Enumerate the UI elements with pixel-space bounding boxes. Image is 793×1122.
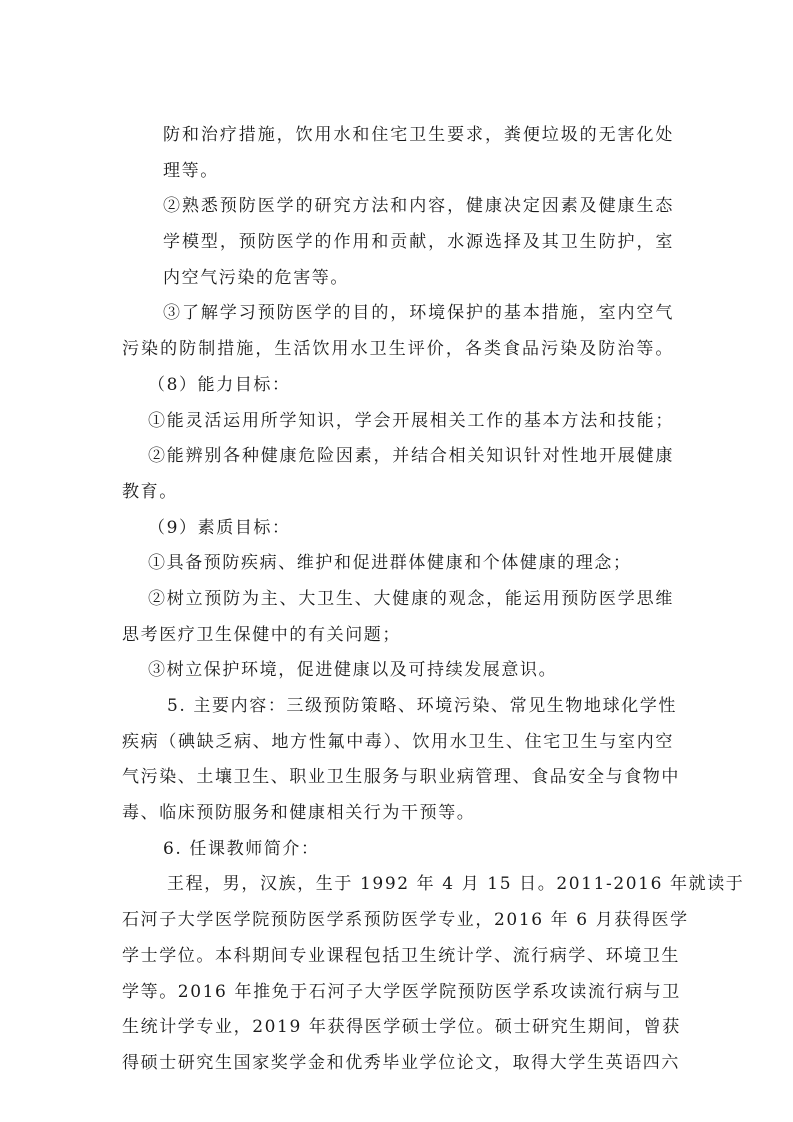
- text-line: 石河子大学医学院预防医学系预防医学专业，2016 年 6 月获得医学: [122, 903, 674, 939]
- text-line: 理等。: [122, 154, 674, 190]
- text-line: ③树立保护环境，促进健康以及可持续发展意识。: [122, 653, 674, 689]
- text-line: 内空气污染的危害等。: [122, 261, 674, 297]
- text-line: 5. 主要内容：三级预防策略、环境污染、常见生物地球化学性: [122, 689, 674, 725]
- text-line: ②能辨别各种健康危险因素，并结合相关知识针对性地开展健康: [122, 439, 674, 475]
- document-body: 防和治疗措施，饮用水和住宅卫生要求，粪便垃圾的无害化处理等。②熟悉预防医学的研究…: [122, 118, 674, 1082]
- text-line: 思考医疗卫生保健中的有关问题；: [122, 618, 674, 654]
- text-line: （8）能力目标：: [122, 368, 674, 404]
- text-line: 教育。: [122, 475, 674, 511]
- text-line: 学士学位。本科期间专业课程包括卫生统计学、流行病学、环境卫生: [122, 939, 674, 975]
- text-line: 王程，男，汉族，生于 1992 年 4 月 15 日。2011-2016 年就读…: [122, 867, 674, 903]
- text-line: ②树立预防为主、大卫生、大健康的观念，能运用预防医学思维: [122, 582, 674, 618]
- text-line: 防和治疗措施，饮用水和住宅卫生要求，粪便垃圾的无害化处: [122, 118, 674, 154]
- text-line: 生统计学专业，2019 年获得医学硕士学位。硕士研究生期间，曾获: [122, 1010, 674, 1046]
- text-line: 学模型，预防医学的作用和贡献，水源选择及其卫生防护，室: [122, 225, 674, 261]
- text-line: 毒、临床预防服务和健康相关行为干预等。: [122, 796, 674, 832]
- text-line: 疾病（碘缺乏病、地方性氟中毒）、饮用水卫生、住宅卫生与室内空: [122, 725, 674, 761]
- text-line: ③了解学习预防医学的目的，环境保护的基本措施，室内空气: [122, 296, 674, 332]
- text-line: 学等。2016 年推免于石河子大学医学院预防医学系攻读流行病与卫: [122, 975, 674, 1011]
- text-line: ②熟悉预防医学的研究方法和内容，健康决定因素及健康生态: [122, 189, 674, 225]
- text-line: 污染的防制措施，生活饮用水卫生评价，各类食品污染及防治等。: [122, 332, 674, 368]
- text-line: 6. 任课教师简介：: [122, 832, 674, 868]
- document-page: 防和治疗措施，饮用水和住宅卫生要求，粪便垃圾的无害化处理等。②熟悉预防医学的研究…: [0, 0, 793, 1122]
- text-line: ①具备预防疾病、维护和促进群体健康和个体健康的理念；: [122, 546, 674, 582]
- text-line: 气污染、土壤卫生、职业卫生服务与职业病管理、食品安全与食物中: [122, 760, 674, 796]
- text-line: ①能灵活运用所学知识，学会开展相关工作的基本方法和技能；: [122, 404, 674, 440]
- text-line: （9）素质目标：: [122, 511, 674, 547]
- text-line: 得硕士研究生国家奖学金和优秀毕业学位论文，取得大学生英语四六: [122, 1046, 674, 1082]
